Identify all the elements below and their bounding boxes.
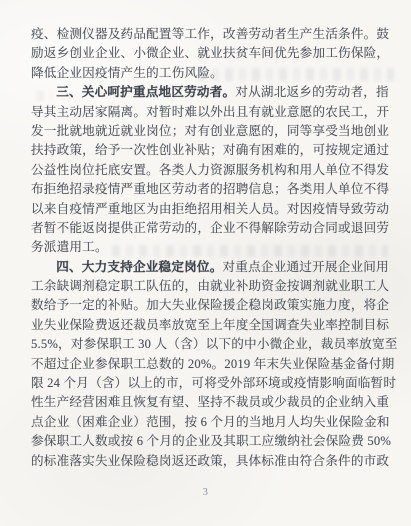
- text-line: 者暂不能返岗提供正常劳动的，企业不得解除劳动合同或退回劳: [31, 219, 386, 238]
- text-line: 疫、检测仪器及药品配置等工作，改善劳动者生产生活条件。鼓: [31, 25, 386, 44]
- text-line: 点企业（困难企业）范围，按 6 个月的当地月人均失业保险金和: [31, 413, 386, 432]
- text-line: 性生产经营困难且恢复有望、坚持不裁员或少裁员的企业纳入重: [31, 393, 386, 412]
- text-line: 导其主动居家隔离。对暂时难以外出且有就业意愿的农民工，开: [31, 103, 386, 122]
- heading-line-rest: 对重点企业通过开展企业间用: [223, 260, 389, 274]
- text-line: 工余缺调剂稳定职工队伍的，由就业补助资金按调剂就业职工人: [31, 277, 386, 296]
- heading-line-rest: 对从湖北返乡的劳动者，指: [235, 85, 389, 99]
- text-line: 扶持政策，给予一次性创业补贴；对确有困难的，可按规定通过: [31, 141, 386, 160]
- text-line: 布拒绝招录疫情严重地区劳动者的招聘信息；各类用人单位不得: [31, 180, 386, 199]
- page-number: 3: [0, 487, 411, 498]
- text-line: 的标准落实失业保险稳岗返还政策，具体标准由符合条件的市政: [31, 452, 386, 471]
- ink-bleed-artifact: [112, 245, 388, 257]
- text-line: 以来自疫情严重地区为由拒绝招用相关人员。对因疫情导致劳动: [31, 200, 386, 219]
- text-line: 参保职工人数或按 6 个月的企业及其职工应缴纳社会保险费 50%: [31, 432, 386, 451]
- document-page: 疫、检测仪器及药品配置等工作，改善劳动者生产生活条件。鼓励返乡创业企业、小微企业…: [0, 0, 411, 526]
- text-line: 5.5%，对参保职工 30 人（含）以下的中小微企业，裁员率放宽至: [31, 335, 386, 354]
- section-heading: 四、大力支持企业稳定岗位。: [56, 260, 222, 274]
- section-heading: 三、关心呵护重点地区劳动者。: [56, 85, 235, 99]
- paragraph: 三、关心呵护重点地区劳动者。对从湖北返乡的劳动者，指导其主动居家隔离。对暂时难以…: [31, 83, 386, 258]
- ink-bleed-artifact: [36, 91, 52, 101]
- text-line: 发一批就地就近就业岗位；对有创业意愿的，同等享受当地创业: [31, 122, 386, 141]
- text-line: 励返乡创业企业、小微企业、就业扶贫车间优先参加工伤保险，: [31, 44, 386, 63]
- text-line: 限 24 个月（含）以上的市，可将受外部环境或疫情影响面临暂时: [31, 374, 386, 393]
- text-line: 三、关心呵护重点地区劳动者。对从湖北返乡的劳动者，指: [31, 83, 386, 102]
- text-line: 四、大力支持企业稳定岗位。对重点企业通过开展企业间用: [31, 258, 386, 277]
- text-line: 公益性岗位托底安置。各类人力资源服务机构和用人单位不得发: [31, 161, 386, 180]
- text-line: 业失业保险费返还裁员率放宽至上年度全国调查失业率控制目标: [31, 316, 386, 335]
- ink-bleed-artifact: [198, 68, 394, 81]
- text-line: 不超过企业参保职工总数的 20%。2019 年末失业保险基金备付期: [31, 355, 386, 374]
- text-line: 数给予一定的补贴。加大失业保险援企稳岗政策实施力度，将企: [31, 296, 386, 315]
- paragraph: 四、大力支持企业稳定岗位。对重点企业通过开展企业间用工余缺调剂稳定职工队伍的，由…: [31, 258, 386, 471]
